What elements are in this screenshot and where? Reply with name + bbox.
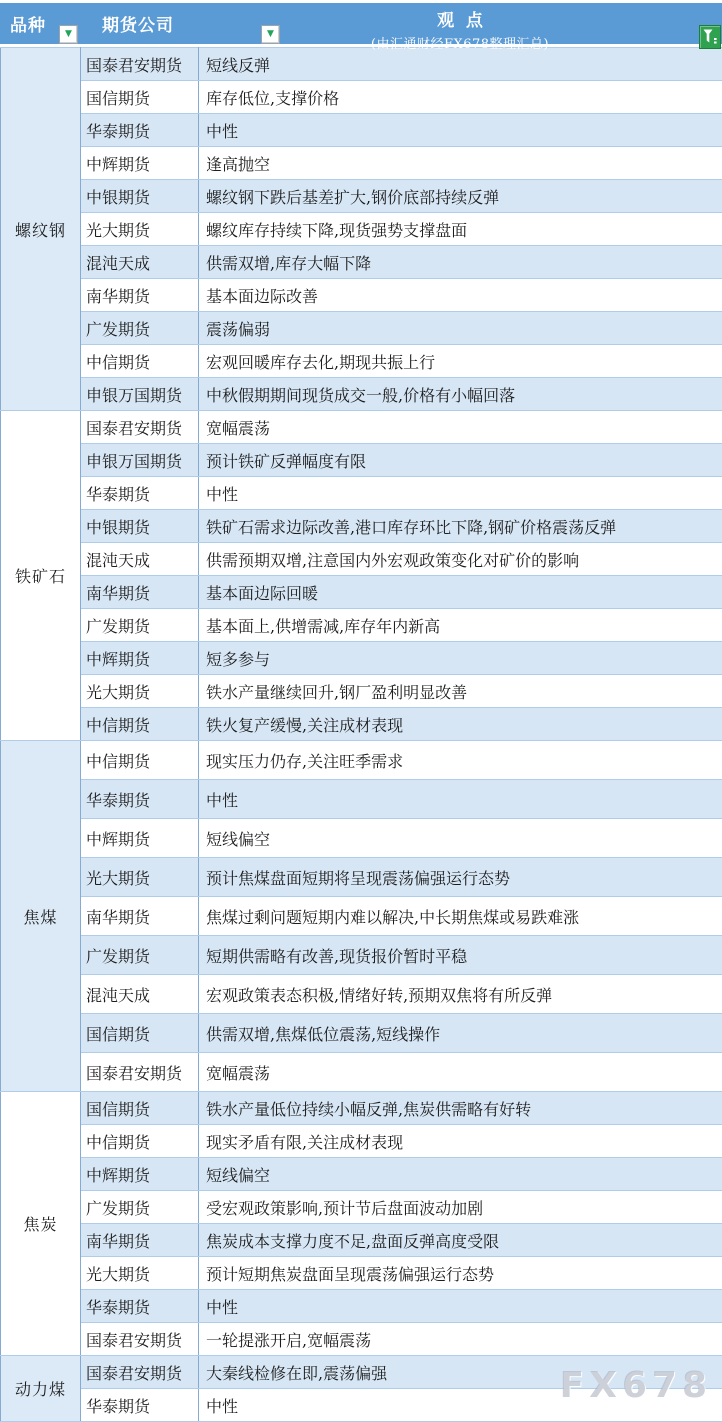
view-cell: 基本面边际回暖 [199, 576, 722, 609]
table-row: 国信期货供需双增,焦煤低位震荡,短线操作 [1, 1014, 722, 1053]
table-row: 中辉期货短多参与 [1, 642, 722, 675]
table-row: 混沌天成供需双增,库存大幅下降 [1, 246, 722, 279]
table-row: 南华期货基本面边际改善 [1, 279, 722, 312]
company-cell: 国信期货 [81, 81, 199, 114]
company-cell: 中信期货 [81, 708, 199, 741]
table-row: 中信期货宏观回暖库存去化,期现共振上行 [1, 345, 722, 378]
company-cell: 国泰君安期货 [81, 1053, 199, 1092]
table-row: 螺纹钢国泰君安期货短线反弹 [1, 48, 722, 81]
table-row: 申银万国期货预计铁矿反弹幅度有限 [1, 444, 722, 477]
company-cell: 申银万国期货 [81, 444, 199, 477]
company-cell: 中信期货 [81, 741, 199, 780]
company-cell: 华泰期货 [81, 780, 199, 819]
table-row: 华泰期货中性 [1, 1389, 722, 1422]
company-cell: 中信期货 [81, 1125, 199, 1158]
variety-cell: 铁矿石 [1, 411, 81, 741]
view-cell: 基本面上,供增需减,库存年内新高 [199, 609, 722, 642]
view-cell: 宏观政策表态积极,情绪好转,预期双焦将有所反弹 [199, 975, 722, 1014]
company-cell: 中信期货 [81, 345, 199, 378]
view-cell: 逢高抛空 [199, 147, 722, 180]
table-row: 混沌天成供需预期双增,注意国内外宏观政策变化对矿价的影响 [1, 543, 722, 576]
view-cell: 短多参与 [199, 642, 722, 675]
company-cell: 广发期货 [81, 1191, 199, 1224]
company-cell: 华泰期货 [81, 477, 199, 510]
view-cell: 库存低位,支撑价格 [199, 81, 722, 114]
view-cell: 现实矛盾有限,关注成材表现 [199, 1125, 722, 1158]
view-cell: 螺纹钢下跌后基差扩大,钢价底部持续反弹 [199, 180, 722, 213]
company-cell: 南华期货 [81, 279, 199, 312]
table-row: 华泰期货中性 [1, 114, 722, 147]
company-cell: 中银期货 [81, 510, 199, 543]
view-cell: 供需双增,焦煤低位震荡,短线操作 [199, 1014, 722, 1053]
company-cell: 中辉期货 [81, 642, 199, 675]
filter-funnel-button[interactable] [699, 25, 721, 49]
table-row: 国泰君安期货一轮提涨开启,宽幅震荡 [1, 1323, 722, 1356]
table-row: 广发期货震荡偏弱 [1, 312, 722, 345]
company-cell: 国信期货 [81, 1014, 199, 1053]
view-cell: 短线偏空 [199, 819, 722, 858]
triangle-down-icon: ▼ [65, 30, 72, 39]
table-row: 南华期货焦煤过剩问题短期内难以解决,中长期焦煤或易跌难涨 [1, 897, 722, 936]
view-cell: 铁火复产缓慢,关注成材表现 [199, 708, 722, 741]
view-cell: 预计焦煤盘面短期将呈现震荡偏强运行态势 [199, 858, 722, 897]
company-cell: 华泰期货 [81, 1389, 199, 1422]
company-cell: 光大期货 [81, 675, 199, 708]
table-row: 焦炭国信期货铁水产量低位持续小幅反弹,焦炭供需略有好转 [1, 1092, 722, 1125]
table-row: 铁矿石国泰君安期货宽幅震荡 [1, 411, 722, 444]
view-cell: 现实压力仍存,关注旺季需求 [199, 741, 722, 780]
company-cell: 广发期货 [81, 609, 199, 642]
filter-funnel-icon [703, 29, 717, 45]
view-cell: 预计短期焦炭盘面呈现震荡偏强运行态势 [199, 1257, 722, 1290]
variety-column-label: 品种 [10, 11, 46, 36]
variety-cell: 动力煤 [1, 1356, 81, 1422]
table-body: 螺纹钢国泰君安期货短线反弹国信期货库存低位,支撑价格华泰期货中性中辉期货逢高抛空… [1, 48, 722, 1422]
view-column-label: 观 点 [198, 6, 722, 31]
view-cell: 中性 [199, 780, 722, 819]
view-cell: 中性 [199, 477, 722, 510]
table-row: 中银期货铁矿石需求边际改善,港口库存环比下降,钢矿价格震荡反弹 [1, 510, 722, 543]
view-cell: 基本面边际改善 [199, 279, 722, 312]
view-cell: 中性 [199, 114, 722, 147]
company-cell: 光大期货 [81, 1257, 199, 1290]
table-row: 动力煤国泰君安期货大秦线检修在即,震荡偏强 [1, 1356, 722, 1389]
view-cell: 受宏观政策影响,预计节后盘面波动加剧 [199, 1191, 722, 1224]
table-row: 南华期货基本面边际回暖 [1, 576, 722, 609]
view-cell: 供需双增,库存大幅下降 [199, 246, 722, 279]
view-cell: 震荡偏弱 [199, 312, 722, 345]
table-row: 华泰期货中性 [1, 780, 722, 819]
company-cell: 中辉期货 [81, 147, 199, 180]
variety-cell: 螺纹钢 [1, 48, 81, 411]
table-row: 中信期货现实矛盾有限,关注成材表现 [1, 1125, 722, 1158]
table-row: 光大期货预计短期焦炭盘面呈现震荡偏强运行态势 [1, 1257, 722, 1290]
table-row: 焦煤中信期货现实压力仍存,关注旺季需求 [1, 741, 722, 780]
company-cell: 中辉期货 [81, 819, 199, 858]
company-cell: 中辉期货 [81, 1158, 199, 1191]
company-cell: 华泰期货 [81, 114, 199, 147]
table-row: 中辉期货短线偏空 [1, 1158, 722, 1191]
company-cell: 混沌天成 [81, 246, 199, 279]
table-row: 南华期货焦炭成本支撑力度不足,盘面反弹高度受限 [1, 1224, 722, 1257]
company-cell: 光大期货 [81, 858, 199, 897]
view-cell: 短线偏空 [199, 1158, 722, 1191]
header-cell-variety: 品种 ▼ [0, 3, 80, 44]
view-cell: 铁水产量低位持续小幅反弹,焦炭供需略有好转 [199, 1092, 722, 1125]
table-row: 中银期货螺纹钢下跌后基差扩大,钢价底部持续反弹 [1, 180, 722, 213]
variety-cell: 焦炭 [1, 1092, 81, 1356]
company-cell: 广发期货 [81, 312, 199, 345]
view-column-subtitle: (由汇通财经FX678整理汇总) [198, 33, 722, 52]
table-row: 华泰期货中性 [1, 477, 722, 510]
header-cell-company: 期货公司 ▼ [80, 3, 198, 44]
company-cell: 华泰期货 [81, 1290, 199, 1323]
table-row: 光大期货预计焦煤盘面短期将呈现震荡偏强运行态势 [1, 858, 722, 897]
table-row: 中信期货铁火复产缓慢,关注成材表现 [1, 708, 722, 741]
view-cell: 中性 [199, 1290, 722, 1323]
company-cell: 广发期货 [81, 936, 199, 975]
header-cell-view: 观 点 (由汇通财经FX678整理汇总) [198, 3, 722, 44]
table-row: 中辉期货短线偏空 [1, 819, 722, 858]
view-cell: 预计铁矿反弹幅度有限 [199, 444, 722, 477]
company-column-label: 期货公司 [102, 11, 174, 36]
company-cell: 南华期货 [81, 897, 199, 936]
table-row: 华泰期货中性 [1, 1290, 722, 1323]
view-cell: 铁水产量继续回升,钢厂盈利明显改善 [199, 675, 722, 708]
view-cell: 一轮提涨开启,宽幅震荡 [199, 1323, 722, 1356]
table-row: 国泰君安期货宽幅震荡 [1, 1053, 722, 1092]
view-cell: 焦煤过剩问题短期内难以解决,中长期焦煤或易跌难涨 [199, 897, 722, 936]
company-cell: 光大期货 [81, 213, 199, 246]
futures-opinions-sheet: 品种 ▼ 期货公司 ▼ 观 点 (由汇通财经FX678整理汇总) [0, 3, 722, 1422]
view-cell: 供需预期双增,注意国内外宏观政策变化对矿价的影响 [199, 543, 722, 576]
table-row: 光大期货铁水产量继续回升,钢厂盈利明显改善 [1, 675, 722, 708]
company-cell: 南华期货 [81, 1224, 199, 1257]
table-row: 混沌天成宏观政策表态积极,情绪好转,预期双焦将有所反弹 [1, 975, 722, 1014]
company-cell: 国泰君安期货 [81, 48, 199, 81]
view-cell: 中性 [199, 1389, 722, 1422]
view-cell: 铁矿石需求边际改善,港口库存环比下降,钢矿价格震荡反弹 [199, 510, 722, 543]
company-cell: 中银期货 [81, 180, 199, 213]
table-row: 广发期货基本面上,供增需减,库存年内新高 [1, 609, 722, 642]
company-cell: 申银万国期货 [81, 378, 199, 411]
company-cell: 混沌天成 [81, 543, 199, 576]
table-row: 中辉期货逢高抛空 [1, 147, 722, 180]
view-cell: 螺纹库存持续下降,现货强势支撑盘面 [199, 213, 722, 246]
company-cell: 国信期货 [81, 1092, 199, 1125]
view-cell: 短期供需略有改善,现货报价暂时平稳 [199, 936, 722, 975]
company-cell: 国泰君安期货 [81, 1356, 199, 1389]
variety-cell: 焦煤 [1, 741, 81, 1092]
view-cell: 宽幅震荡 [199, 1053, 722, 1092]
view-cell: 短线反弹 [199, 48, 722, 81]
view-cell: 大秦线检修在即,震荡偏强 [199, 1356, 722, 1389]
view-cell: 中秋假期期间现货成交一般,价格有小幅回落 [199, 378, 722, 411]
variety-filter-dropdown-button[interactable]: ▼ [59, 25, 78, 44]
table-header: 品种 ▼ 期货公司 ▼ 观 点 (由汇通财经FX678整理汇总) [0, 3, 722, 47]
company-cell: 国泰君安期货 [81, 1323, 199, 1356]
opinions-table: 螺纹钢国泰君安期货短线反弹国信期货库存低位,支撑价格华泰期货中性中辉期货逢高抛空… [0, 47, 722, 1422]
table-row: 广发期货受宏观政策影响,预计节后盘面波动加剧 [1, 1191, 722, 1224]
view-cell: 焦炭成本支撑力度不足,盘面反弹高度受限 [199, 1224, 722, 1257]
table-row: 国信期货库存低位,支撑价格 [1, 81, 722, 114]
view-cell: 宽幅震荡 [199, 411, 722, 444]
company-cell: 国泰君安期货 [81, 411, 199, 444]
table-row: 光大期货螺纹库存持续下降,现货强势支撑盘面 [1, 213, 722, 246]
table-row: 申银万国期货中秋假期期间现货成交一般,价格有小幅回落 [1, 378, 722, 411]
table-row: 广发期货短期供需略有改善,现货报价暂时平稳 [1, 936, 722, 975]
view-cell: 宏观回暖库存去化,期现共振上行 [199, 345, 722, 378]
company-cell: 南华期货 [81, 576, 199, 609]
company-cell: 混沌天成 [81, 975, 199, 1014]
